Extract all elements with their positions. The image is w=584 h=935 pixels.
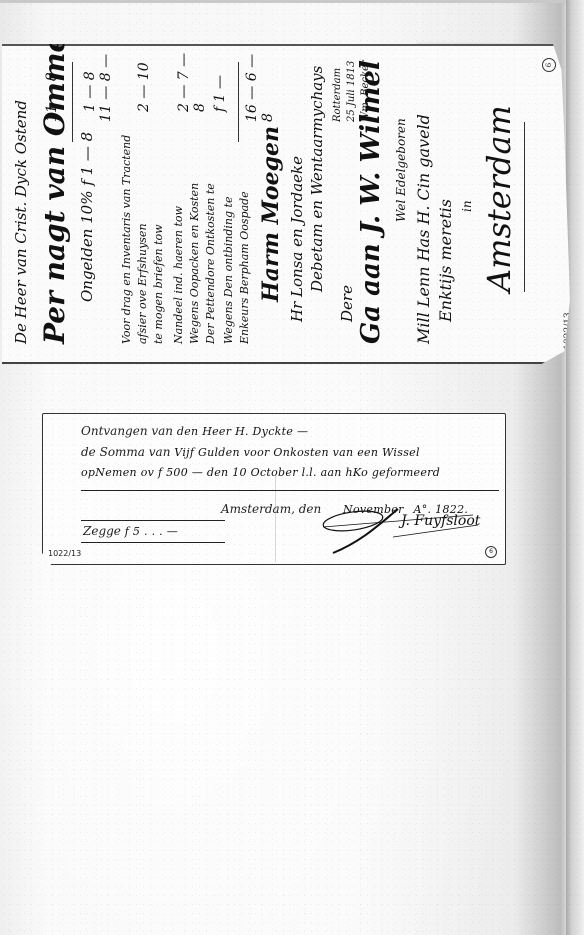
- place-label: Amsterdam, den: [221, 502, 321, 516]
- letter-line: Der Pettendore Ontkosten te: [204, 183, 217, 344]
- letter-line: Debetam en Wentaarmychays: [308, 66, 326, 292]
- letter-content-rotated: De Heer van Crist. Dyck Ostend Per nagt …: [2, 46, 570, 362]
- amount: 2 — 7 — 8: [176, 46, 208, 112]
- amount-total: 16 — 6 — 8: [244, 46, 276, 122]
- received-from-line: Ontvangen van den Heer H. Dyckte —: [81, 424, 308, 438]
- scanner-right-edge-shadow: [566, 0, 584, 935]
- amount-rule: [72, 62, 73, 142]
- received-from-label: Ontvangen van: [81, 424, 173, 438]
- circled-mark: 6: [485, 546, 497, 558]
- purpose-label: voor: [244, 446, 270, 459]
- amount: 2 — 10: [136, 62, 152, 112]
- letter-heading-line: Per nagt van Ommertadinis f 11 — 8: [38, 0, 71, 344]
- amount: f 1 —: [212, 75, 228, 112]
- letter-line: Wegens Oopacken en Kosten: [188, 183, 201, 344]
- circled-mark: 6: [542, 58, 556, 72]
- letter-city: Amsterdam: [480, 105, 518, 292]
- handwritten-letter: De Heer van Crist. Dyck Ostend Per nagt …: [2, 44, 570, 364]
- letter-signature-name: Harm Moegen: [258, 126, 284, 302]
- letter-line: Dere: [338, 285, 356, 322]
- separator-rule: [81, 490, 499, 491]
- zegge-label: Zegge: [83, 524, 121, 538]
- svg-text:J. Fuyfsloot: J. Fuyfsloot: [398, 513, 481, 529]
- sum-label: de Somma van: [81, 445, 170, 459]
- letter-line: Enktijs meretis: [436, 199, 455, 322]
- fold-mark: [275, 474, 276, 562]
- letter-line: te mogen briefen tow: [152, 224, 165, 344]
- total-rule: [238, 62, 239, 142]
- zegge-value: f 5 . . . —: [125, 525, 178, 538]
- city-underline: [524, 122, 525, 292]
- side-note-date: 25 Juli 1813: [346, 61, 357, 122]
- zegge-line: Zegge f 5 . . . —: [83, 524, 178, 538]
- letter-line: in: [460, 200, 474, 212]
- letter-line: afsier ove Erfshuysen: [136, 223, 149, 344]
- amount: 1 — 8: [82, 71, 98, 112]
- purpose-value: Onkosten van een Wissel: [273, 446, 419, 459]
- letter-line: Ongelden 10% f 1 — 8: [78, 132, 96, 302]
- letter-line: Hr Lonsa en Jordaeke: [288, 156, 306, 322]
- letter-line: Enkeurs Berpham Oospade: [238, 191, 251, 344]
- side-note-place: Rotterdam: [332, 68, 343, 122]
- amount-subtotal: 11 — 8 —: [98, 54, 114, 122]
- letter-line: Voor drag en Inventaris van Tractend: [120, 135, 133, 344]
- sum-value: Vijf Gulden: [174, 446, 240, 459]
- letter-line: Mill Lenn Has H. Cin gaveld: [414, 114, 433, 344]
- zegge-rule-bottom: [81, 542, 225, 543]
- zegge-rule-top: [81, 520, 225, 521]
- signature-flourish: J. Fuyfsloot: [313, 501, 483, 561]
- letter-line: Nandeel ind. haeren tow: [172, 206, 185, 344]
- received-from-value: den Heer H. Dyckte —: [177, 425, 308, 438]
- letter-line: Wegens Den ontbinding te: [222, 197, 235, 345]
- letter-addressee: De Heer van Crist. Dyck Ostend: [12, 100, 30, 344]
- receipt-form: Ontvangen van den Heer H. Dyckte — de So…: [42, 413, 506, 565]
- sum-line: de Somma van Vijf Gulden voor Onkosten v…: [81, 445, 420, 459]
- scanner-top-edge: [0, 0, 584, 3]
- side-note-name: Wm. Becker: [360, 60, 371, 122]
- archive-number: 1022/13: [48, 549, 81, 558]
- description-line: opNemen ov f 500 — den 10 October l.l. a…: [81, 466, 440, 479]
- letter-line: Wel Edelgeboren: [394, 118, 408, 222]
- amount: 11 — 8 —: [44, 54, 60, 122]
